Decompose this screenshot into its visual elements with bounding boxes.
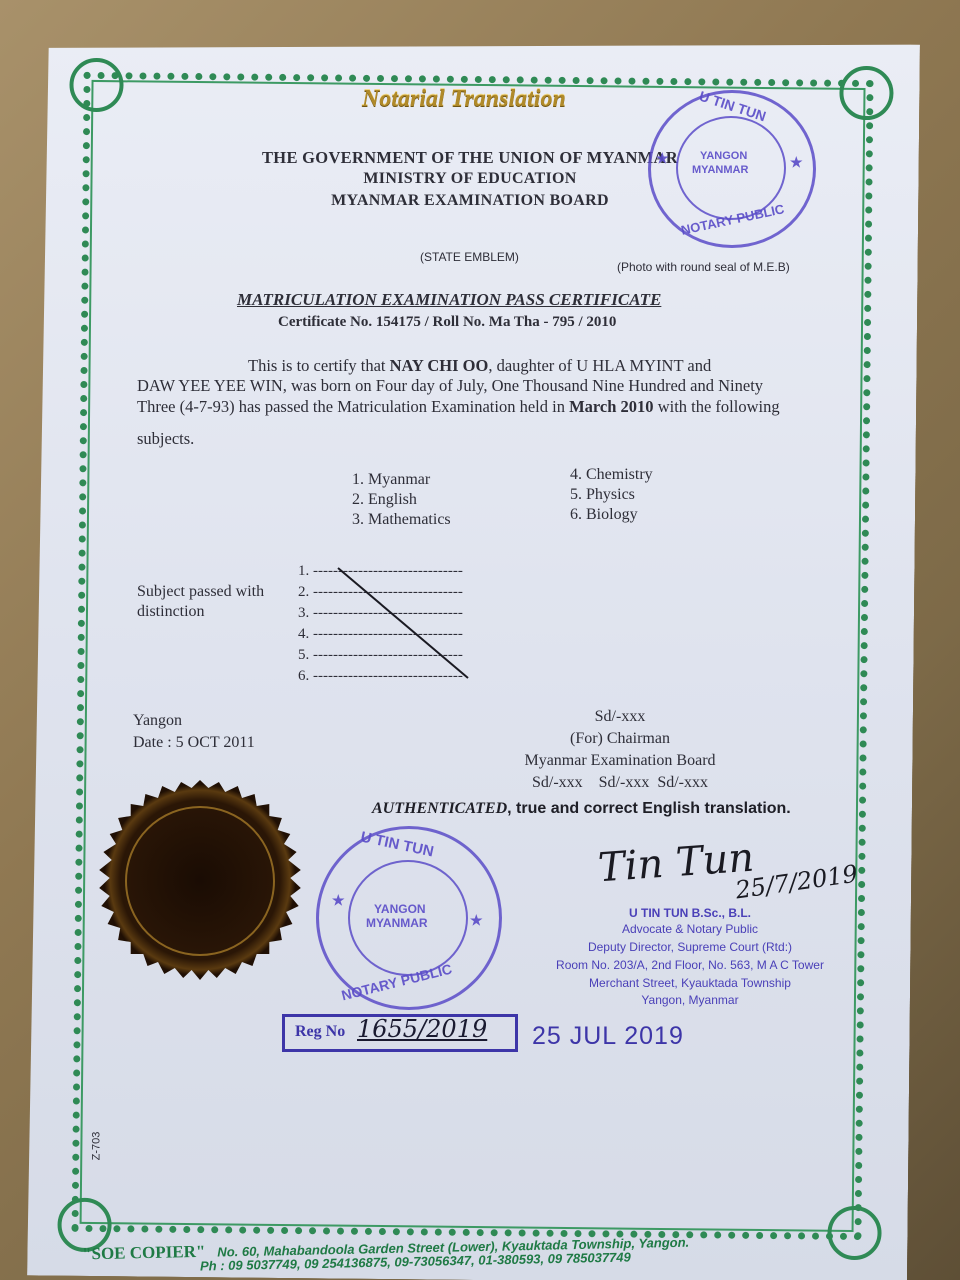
exam-date: March 2010 bbox=[569, 397, 653, 416]
state-emblem-placeholder: (STATE EMBLEM) bbox=[420, 250, 519, 264]
authentication-statement: AUTHENTICATED, true and correct English … bbox=[372, 800, 791, 818]
board-name: Myanmar Examination Board bbox=[490, 751, 750, 771]
printer-name: "SOE COPIER" bbox=[82, 1242, 206, 1264]
subject-item: 4. Chemistry bbox=[570, 465, 653, 485]
student-name: NAY CHI OO bbox=[390, 356, 489, 375]
registration-stamp-box: Reg No 1655/2019 bbox=[282, 1014, 518, 1052]
subject-list-right: 4. Chemistry 5. Physics 6. Biology bbox=[570, 465, 653, 525]
certification-line-2: DAW YEE YEE WIN, was born on Four day of… bbox=[137, 375, 827, 396]
star-icon: ★ bbox=[332, 892, 345, 909]
star-icon: ★ bbox=[656, 150, 669, 167]
members-signature-placeholders: Sd/-xxx Sd/-xxx Sd/-xxx bbox=[490, 773, 750, 793]
notary-name: U TIN TUN B.Sc., B.L. bbox=[500, 906, 880, 920]
form-code: Z-703 bbox=[90, 1132, 102, 1161]
issue-date: Date : 5 OCT 2011 bbox=[133, 733, 255, 753]
subject-item: 1. Myanmar bbox=[352, 470, 451, 490]
for-chairman: (For) Chairman bbox=[490, 729, 750, 749]
registration-date-stamp: 25 JUL 2019 bbox=[532, 1022, 684, 1051]
registration-number: 1655/2019 bbox=[357, 1015, 487, 1043]
place: Yangon bbox=[133, 711, 182, 731]
registration-label: Reg No bbox=[295, 1023, 345, 1041]
star-icon: ★ bbox=[470, 912, 483, 929]
certification-line-3: Three (4-7-93) has passed the Matriculat… bbox=[137, 396, 827, 417]
notary-position: Deputy Director, Supreme Court (Rtd:) bbox=[500, 940, 880, 954]
government-heading: THE GOVERNMENT OF THE UNION OF MYANMAR bbox=[240, 148, 700, 168]
notarial-translation-title: Notarial Translation bbox=[362, 86, 566, 113]
photo-placeholder-note: (Photo with round seal of M.E.B) bbox=[617, 260, 790, 274]
ministry-heading: MINISTRY OF EDUCATION bbox=[240, 170, 700, 188]
notary-title: Advocate & Notary Public bbox=[500, 922, 880, 936]
certification-line-1: This is to certify that NAY CHI OO, daug… bbox=[248, 355, 818, 376]
chairman-signature-placeholder: Sd/-xxx bbox=[490, 707, 750, 727]
distinction-label: Subject passed with distinction bbox=[137, 582, 264, 622]
subject-item: 2. English bbox=[352, 490, 451, 510]
notary-address-line-2: Merchant Street, Kyauktada Township bbox=[500, 976, 880, 990]
star-icon: ★ bbox=[790, 154, 803, 171]
notary-address-line-3: Yangon, Myanmar bbox=[500, 993, 880, 1007]
border-corner-ornament-icon bbox=[839, 66, 894, 121]
border-corner-ornament-icon bbox=[69, 58, 124, 113]
certificate-number: Certificate No. 154175 / Roll No. Ma Tha… bbox=[278, 314, 616, 331]
subject-list-left: 1. Myanmar 2. English 3. Mathematics bbox=[352, 470, 451, 530]
strike-through-line bbox=[330, 565, 480, 685]
certificate-title: MATRICULATION EXAMINATION PASS CERTIFICA… bbox=[237, 290, 661, 310]
board-heading: MYANMAR EXAMINATION BOARD bbox=[240, 192, 700, 210]
subject-item: 5. Physics bbox=[570, 485, 653, 505]
certification-line-4: subjects. bbox=[137, 428, 194, 449]
notary-address-line-1: Room No. 203/A, 2nd Floor, No. 563, M A … bbox=[500, 958, 880, 972]
subject-item: 3. Mathematics bbox=[352, 510, 451, 530]
subject-item: 6. Biology bbox=[570, 505, 653, 525]
